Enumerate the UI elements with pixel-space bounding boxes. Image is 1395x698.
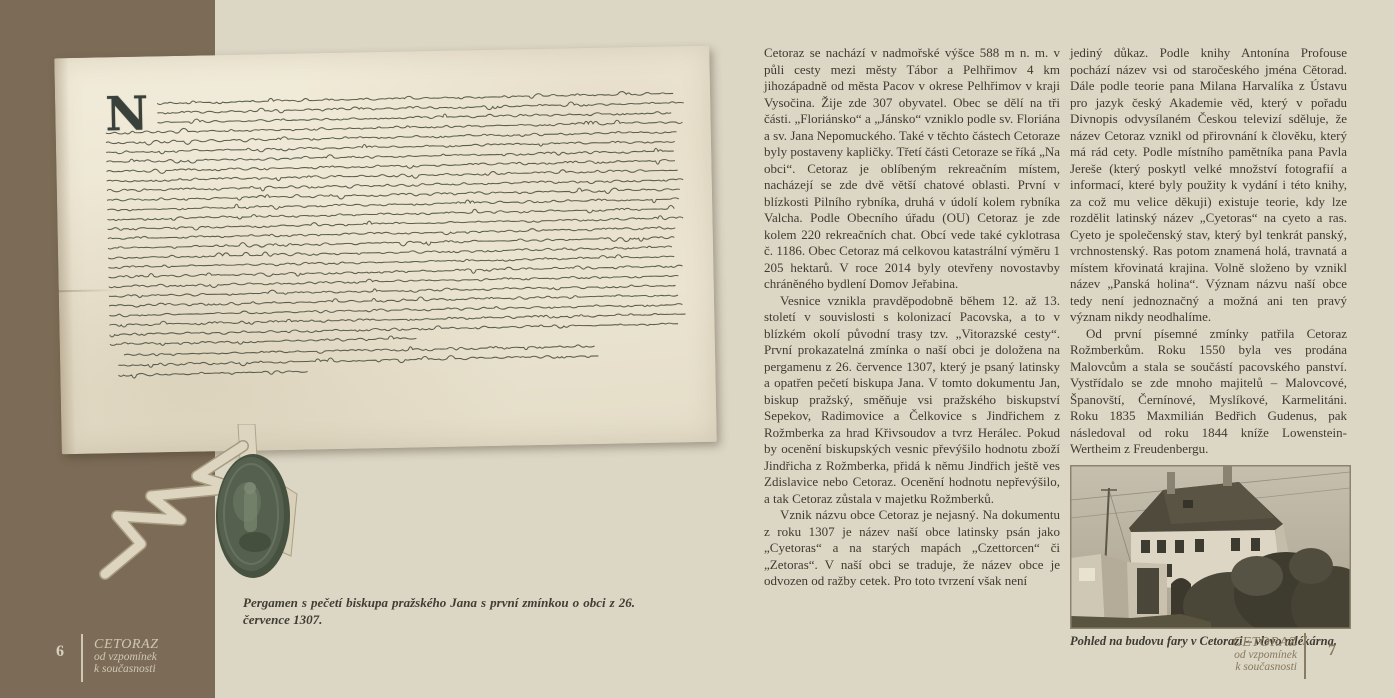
series-title-line: CETORAZ <box>94 638 159 651</box>
left-page-number: 6 <box>56 643 64 661</box>
left-page-footer: 6 CETORAZ od vzpomínek k současnosti <box>50 632 210 684</box>
manuscript-text-lines <box>105 86 690 364</box>
book-series-title: CETORAZ od vzpomínek k současnosti <box>94 638 159 675</box>
paragraph: Od první písemné zmínky patřila Cetoraz … <box>1070 326 1347 458</box>
footer-divider-rule <box>81 634 83 682</box>
right-page-number: 7 <box>1328 642 1336 660</box>
left-page-caption: Pergamen s pečetí biskupa pražského Jana… <box>243 594 635 628</box>
right-page-column-2: jediný důkaz. Podle knihy Antonína Profo… <box>1070 45 1347 649</box>
paragraph: Cetoraz se nachází v nadmořské výšce 588… <box>764 45 1060 293</box>
parchment-charter: N <box>54 46 716 455</box>
series-subtitle-line2: k současnosti <box>94 663 159 675</box>
series-subtitle-line1: od vzpomínek <box>94 651 159 663</box>
paragraph: Vznik názvu obce Cetoraz je nejasný. Na … <box>764 507 1060 590</box>
bishop-seal <box>85 424 315 592</box>
series-subtitle-line1: od vzpomínek <box>1232 649 1297 661</box>
paragraph: Vesnice vznikla pravděpodobně během 12. … <box>764 293 1060 508</box>
footer-divider-rule <box>1304 633 1307 679</box>
book-series-title: CETORAZ od vzpomínek k současnosti <box>1232 636 1297 673</box>
right-page-column-1: Cetoraz se nachází v nadmořské výšce 588… <box>764 45 1060 590</box>
paragraph: jediný důkaz. Podle knihy Antonína Profo… <box>1070 45 1347 326</box>
right-page-footer: CETORAZ od vzpomínek k současnosti 7 <box>1150 630 1350 686</box>
series-title-line: CETORAZ <box>1232 636 1297 649</box>
series-subtitle-line2: k současnosti <box>1232 661 1297 673</box>
photo-building-fara <box>1070 465 1351 629</box>
